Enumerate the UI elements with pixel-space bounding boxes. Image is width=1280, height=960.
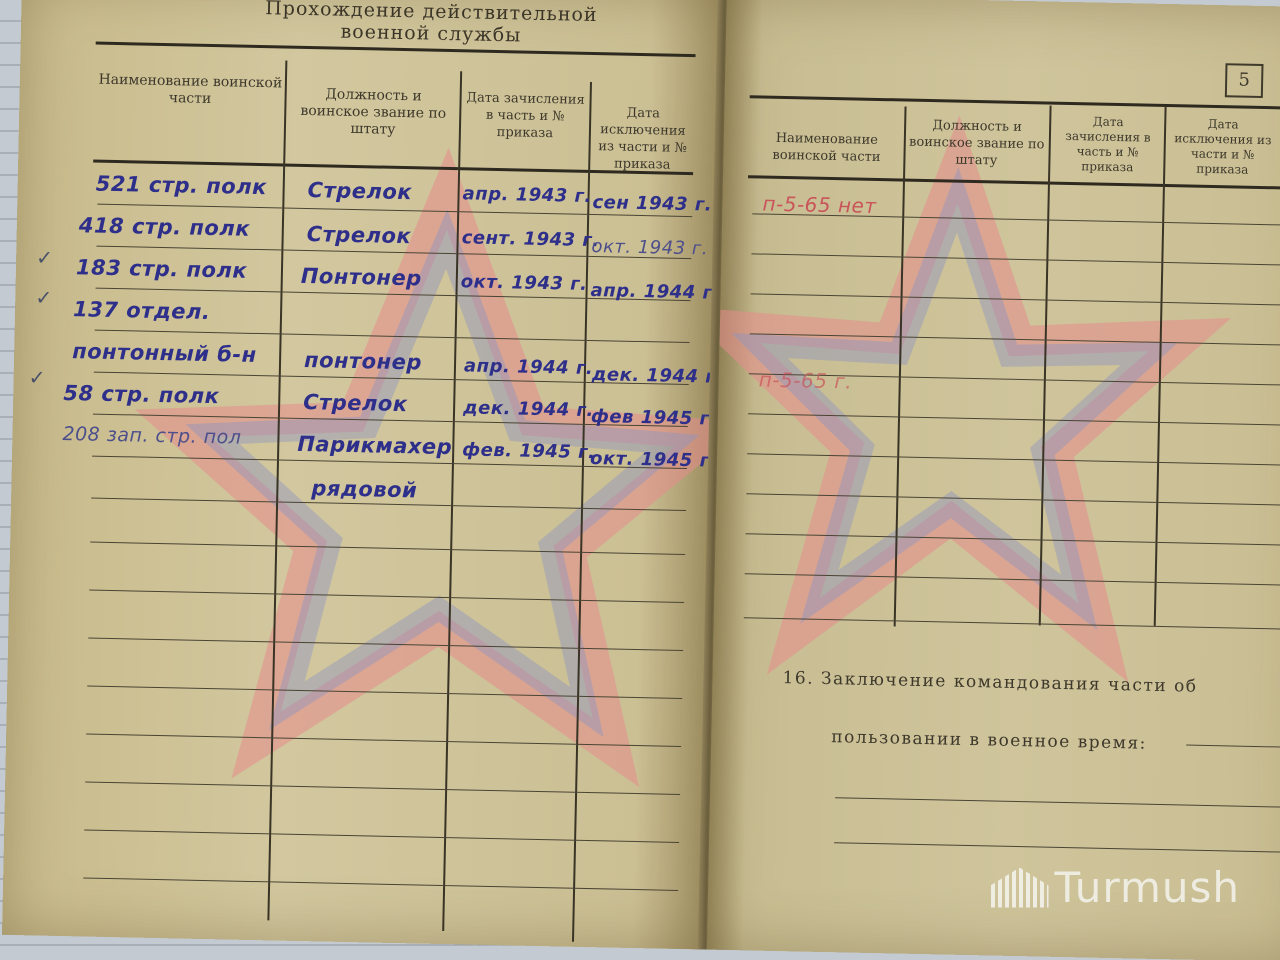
column-header-position: Должность и воинское звание по штату: [907, 117, 1046, 171]
row-line: [745, 573, 1280, 585]
cell-enlisted: дек. 1944 г.: [463, 397, 594, 421]
cell-unit: понтонный б-н: [72, 339, 257, 367]
row-line: [83, 877, 678, 890]
handwritten-annotation: п-5-65 нет: [762, 192, 877, 218]
cell-unit: 58 стр. полк: [63, 381, 220, 408]
column-divider: [572, 82, 592, 942]
row-line: [750, 333, 1280, 345]
row-line: [746, 533, 1280, 545]
cell-enlisted: апр. 1944 г.: [464, 355, 594, 379]
section-title: Прохождение действительной военной служб…: [221, 0, 642, 49]
fill-line: [834, 842, 1280, 853]
column-header-excluded: Дата исключения из части и № приказа: [592, 104, 693, 174]
cell-position: Понтонер: [301, 264, 422, 291]
handwritten-annotation: п-5-65 г.: [759, 368, 853, 394]
turmush-logo-icon: [991, 868, 1049, 908]
column-header-unit: Наименование воинской части: [97, 72, 283, 110]
check-mark: ✓: [28, 365, 45, 389]
cell-position: рядовой: [311, 476, 417, 502]
cell-unit: 521 стр. полк: [96, 172, 268, 200]
cell-unit: 208 зап. стр. пол: [62, 423, 241, 449]
cell-excluded: дек. 1944 г.: [592, 364, 722, 388]
section-16-line2: пользовании в военное время:: [831, 727, 1147, 754]
column-divider: [267, 61, 287, 921]
cell-enlisted: окт. 1943 г.: [461, 271, 588, 295]
row-line: [90, 542, 685, 555]
column-header-position: Должность и воинское звание по штату: [289, 86, 458, 141]
cell-excluded: сен 1943 г.: [592, 192, 712, 216]
cell-enlisted: фев. 1945 г.: [462, 439, 596, 463]
row-line: [88, 638, 683, 651]
row-line: [85, 781, 680, 794]
cell-position: понтонер: [304, 348, 422, 374]
row-line: [748, 413, 1280, 425]
cell-excluded: окт. 1945 г.: [590, 448, 717, 472]
cell-excluded: фев 1945 г.: [591, 406, 717, 430]
cell-enlisted: апр. 1943 г.: [462, 183, 592, 207]
row-line: [84, 829, 679, 842]
column-header-unit: Наименование воинской части: [751, 129, 902, 166]
row-line: [747, 453, 1280, 465]
table-top-border: [750, 95, 1280, 109]
fill-line: [835, 797, 1280, 808]
cell-enlisted: сент. 1943 г.: [461, 227, 599, 251]
fill-line: [1186, 745, 1280, 749]
column-header-enlisted: Дата зачисления в часть и № приказа: [1053, 114, 1162, 176]
row-line: [751, 293, 1280, 305]
section-16-line1: 16. Заключение командования части об: [782, 668, 1197, 697]
right-page: 5 Наименование воинской части Должность …: [707, 0, 1280, 960]
cell-unit: 183 стр. полк: [76, 255, 248, 283]
check-mark: ✓: [35, 285, 52, 309]
column-header-excluded: Дата исключения из части и № приказа: [1167, 116, 1278, 178]
cell-position: Стрелок: [307, 178, 412, 204]
page-number: 5: [1225, 63, 1264, 98]
watermark: Turmush: [991, 863, 1240, 912]
military-booklet: Прохождение действительной военной служб…: [2, 0, 1280, 960]
column-divider: [442, 71, 462, 931]
left-page: Прохождение действительной военной служб…: [2, 0, 722, 949]
row-line: [87, 686, 682, 699]
cell-unit: 137 отдел.: [73, 297, 211, 324]
row-line: [746, 493, 1280, 505]
row-line: [744, 617, 1280, 629]
cell-excluded: апр. 1944 г.: [590, 280, 720, 304]
check-mark: ✓: [36, 245, 53, 269]
cell-unit: 418 стр. полк: [79, 213, 251, 241]
row-line: [89, 590, 684, 603]
cell-position: Стрелок: [303, 390, 408, 416]
column-divider: [894, 107, 907, 627]
header-bottom-border: [748, 175, 1280, 189]
cell-position: Парикмахер: [297, 432, 452, 459]
cell-excluded: окт. 1943 г.: [591, 236, 708, 259]
watermark-text: Turmush: [1055, 863, 1240, 912]
row-line: [86, 734, 681, 747]
row-line: [751, 253, 1280, 265]
column-header-enlisted: Дата зачисления в часть и № приказа: [464, 89, 587, 143]
cell-position: Стрелок: [306, 222, 411, 248]
